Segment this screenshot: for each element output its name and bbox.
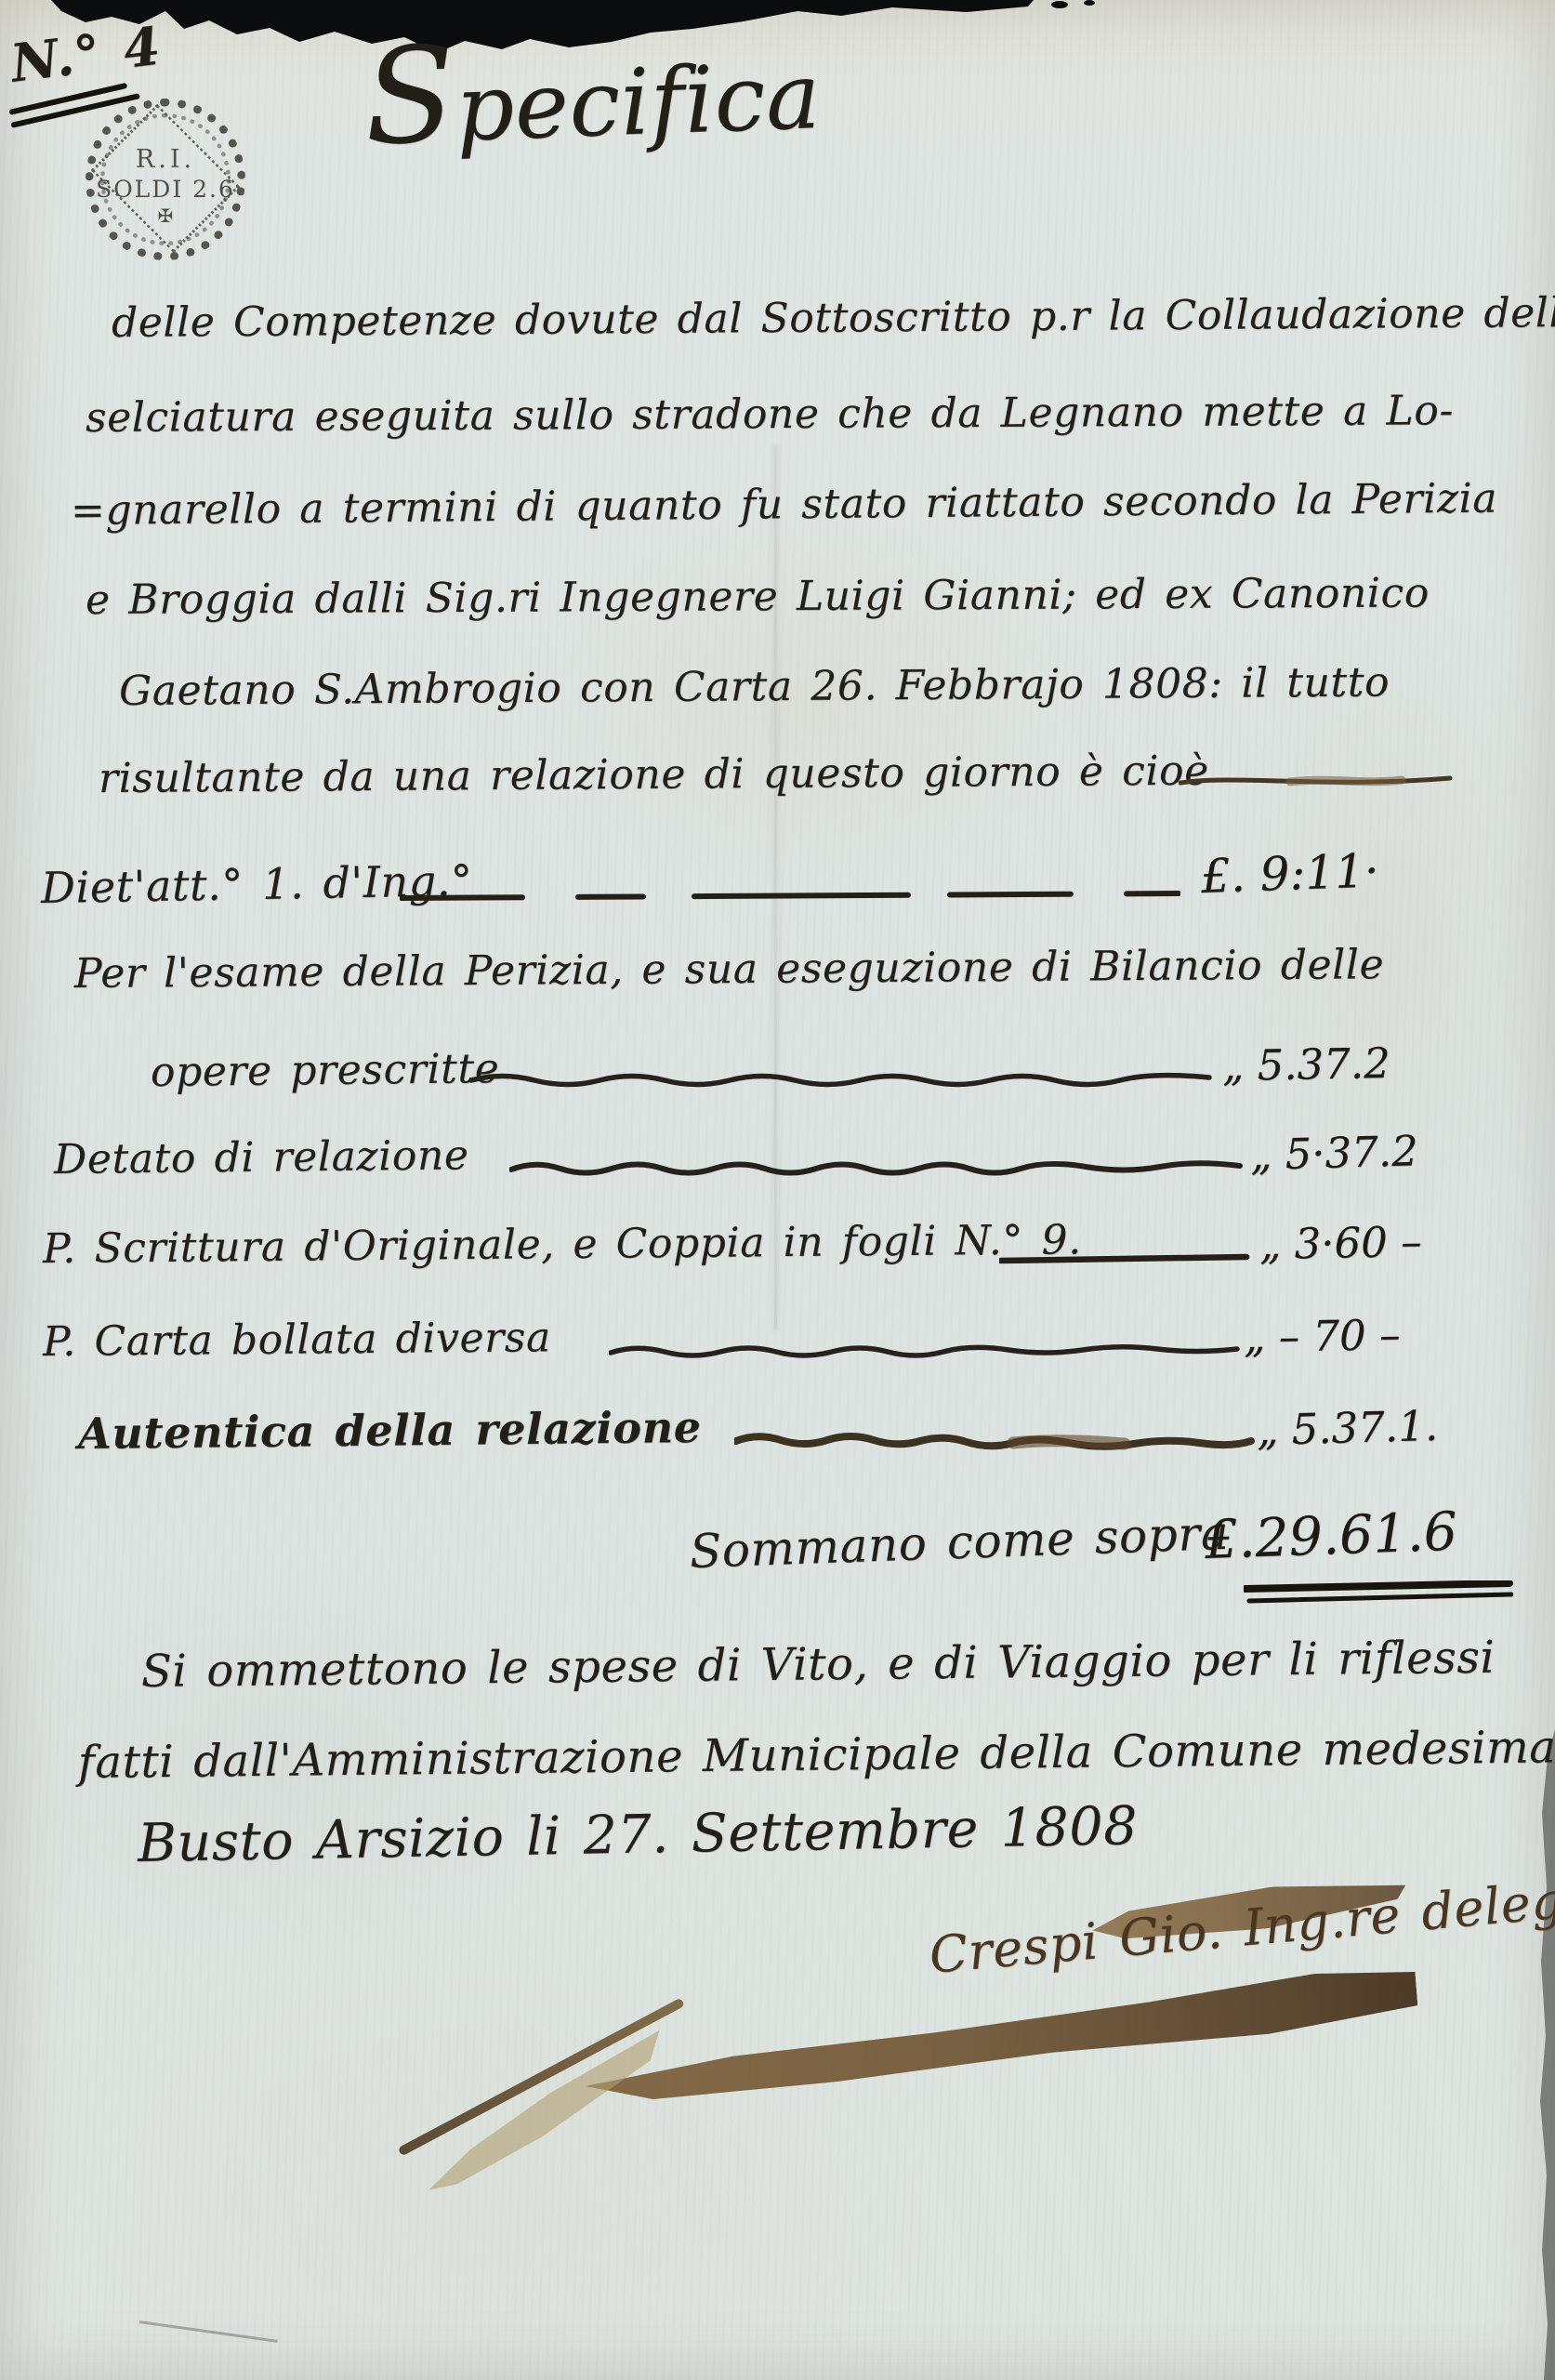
intro-line: selciatura eseguita sullo stradone che d… <box>86 387 1454 442</box>
item-amount: „ 5.37.2 <box>1222 1038 1391 1091</box>
ink-smear-tan <box>414 2030 679 2198</box>
closing-line: fatti dall'Amministrazione Municipale de… <box>78 1721 1555 1789</box>
intro-line: risultante da una relazione di questo gi… <box>99 747 1209 802</box>
stamp-duchy-initials: R.I. <box>86 145 245 174</box>
signature: Crespi Gio. Ing.re deleg. <box>927 1870 1555 1985</box>
intro-line: =gnarello a termini di quanto fu stato r… <box>71 475 1498 535</box>
item-amount: „ – 70 – <box>1244 1310 1401 1362</box>
intro-line: Gaetano S.Ambrogio con Carta 26. Febbraj… <box>119 658 1390 715</box>
item-label: Autentica della relazione <box>78 1402 702 1459</box>
document-title: Specifica <box>362 5 823 175</box>
total-amount: £.29.61.6 <box>1204 1501 1458 1571</box>
stamp-text: R.I. SOLDI 2.6 ✠ <box>86 145 245 227</box>
ink-smear-underline <box>581 1966 1421 2108</box>
torn-right-edge <box>1531 1729 1555 2380</box>
intro-trailing-dash <box>1179 770 1453 794</box>
leader-line <box>509 1155 1244 1183</box>
item-amount: „ 3·60 – <box>1259 1217 1423 1269</box>
leader-line <box>999 1248 1250 1272</box>
bottom-tear-line <box>139 2320 278 2343</box>
item-label: P. Scrittura d'Originale, e Coppia in fo… <box>43 1216 1082 1273</box>
closing-line: Si ommettono le spese di Vito, e di Viag… <box>141 1632 1496 1698</box>
item-label-continued: opere prescritte <box>151 1045 500 1096</box>
stamp-value: SOLDI 2.6 <box>86 176 245 203</box>
total-underline <box>1244 1580 1513 1608</box>
dateline: Busto Arsizio li 27. Settembre 1808 <box>137 1795 1138 1874</box>
total-label: Sommano come sopra <box>689 1506 1230 1579</box>
item-label: Per l'esame della Perizia, e sua eseguzi… <box>74 941 1384 998</box>
item-label: Detato di relazione <box>54 1131 469 1183</box>
item-label: P. Carta bollata diversa <box>43 1314 551 1366</box>
item-amount: „ 5.37.1. <box>1256 1401 1438 1455</box>
stamp-cross-icon: ✠ <box>86 205 245 227</box>
intro-line: delle Competenze dovute dal Sottoscritto… <box>112 289 1555 347</box>
leader-line <box>609 1339 1241 1365</box>
intro-line: e Broggia dalli Sig.ri Ingegnere Luigi G… <box>86 569 1430 624</box>
leader-line <box>734 1426 1255 1456</box>
revenue-stamp: R.I. SOLDI 2.6 ✠ <box>86 99 245 268</box>
document-page: N.° 4 R.I. SOLDI 2.6 ✠ Specifica delle C… <box>0 0 1555 2380</box>
item-amount: £. 9:11· <box>1200 843 1380 904</box>
item-amount: „ 5·37.2 <box>1249 1126 1418 1180</box>
leader-line <box>400 883 1180 907</box>
leader-line <box>469 1067 1213 1093</box>
